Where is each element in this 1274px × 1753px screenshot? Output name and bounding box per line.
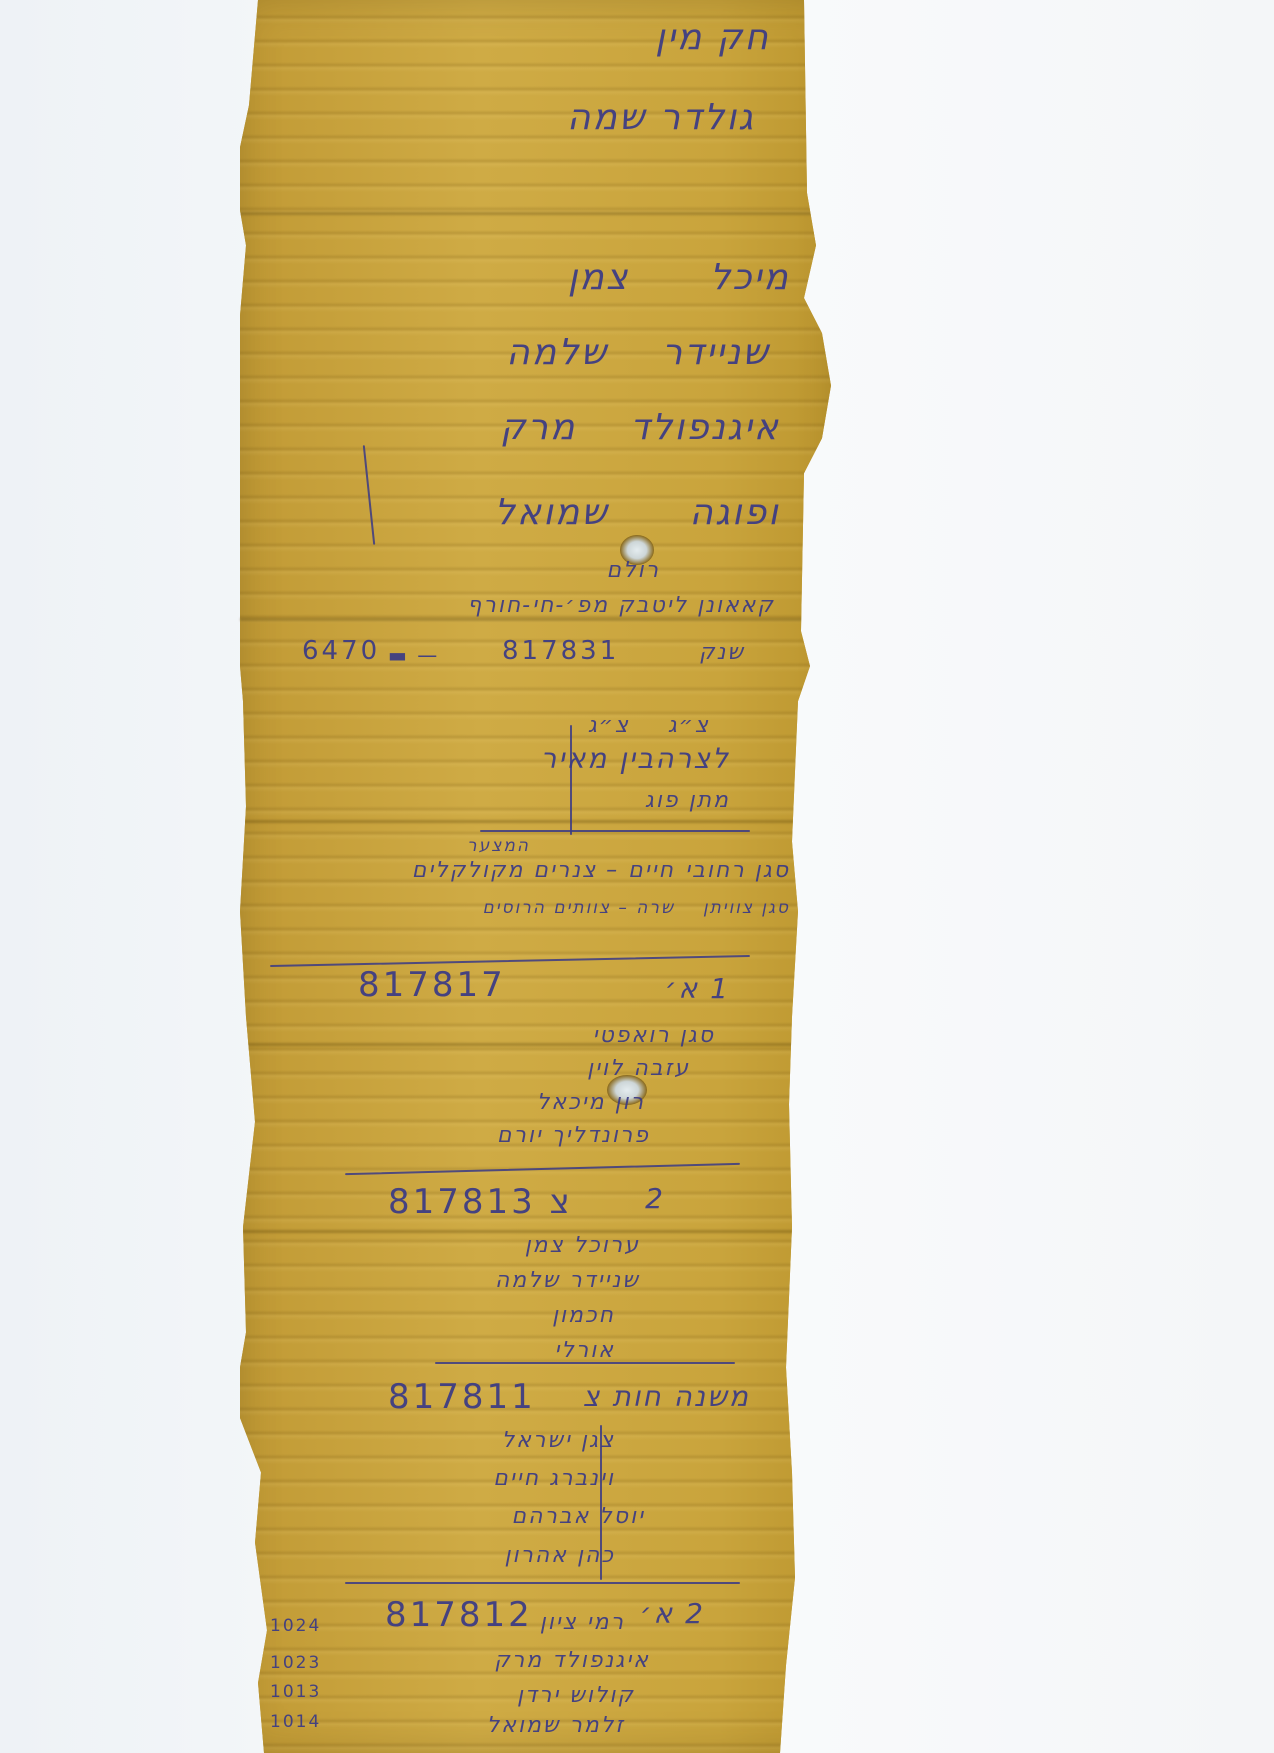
group-a-surname: מיכל bbox=[710, 257, 790, 298]
section-4-name: זלמר שמואל bbox=[487, 1715, 625, 1737]
side-number: 1014 bbox=[270, 1714, 321, 1731]
bracket-stroke bbox=[363, 445, 375, 545]
section-2-name: אורלי bbox=[554, 1340, 615, 1362]
fold-line bbox=[240, 820, 840, 823]
note-line-3-label: שנק bbox=[699, 642, 745, 664]
section-1-code: 817817 bbox=[358, 968, 506, 1002]
section-1-name: עזבה לוין bbox=[587, 1058, 690, 1080]
note-line-2: קאאונן ליטבק מפ׳-חי-חורף bbox=[467, 595, 775, 617]
group-c-header: המצער bbox=[467, 838, 530, 855]
group-a-given: צמן bbox=[568, 257, 630, 298]
crossed-out-mark: ▬ — bbox=[388, 645, 439, 665]
section-3-name: וינברג חיים bbox=[493, 1468, 615, 1490]
side-number: 1024 bbox=[270, 1618, 321, 1635]
code-number: 817831 bbox=[502, 638, 619, 664]
header-line-1: חק מין bbox=[655, 20, 770, 56]
section-2-name: חכמון bbox=[552, 1305, 615, 1327]
divider-vertical bbox=[600, 1425, 602, 1580]
section-1-name: סגן רואפטי bbox=[593, 1025, 715, 1047]
section-divider bbox=[345, 1582, 740, 1584]
section-3-name: יוסל אברהם bbox=[511, 1506, 645, 1528]
group-a-surname: איגנפולד bbox=[630, 407, 780, 448]
group-a-given: מרק bbox=[500, 407, 576, 448]
section-2-code: 817813 צ bbox=[388, 1185, 573, 1219]
group-a-row-1: מיכל צמן bbox=[568, 260, 790, 296]
section-3-code: 817811 bbox=[388, 1380, 536, 1414]
group-a-surname: ופוגה bbox=[690, 492, 780, 533]
fold-line bbox=[240, 212, 840, 215]
cardboard-note: חק מין גולדר שמה מיכל צמן שניידר שלמה אי… bbox=[240, 0, 840, 1753]
section-4-name: קולוש ירדן bbox=[517, 1685, 635, 1707]
section-1-label: 1 א׳ bbox=[665, 975, 730, 1003]
group-a-row-3: איגנפולד מרק bbox=[500, 410, 780, 446]
section-2-name: שניידר שלמה bbox=[495, 1270, 640, 1292]
side-number: 1013 bbox=[270, 1684, 321, 1701]
group-b-mark-1: צ״ג bbox=[588, 715, 630, 737]
section-4-label: 2 א׳ bbox=[640, 1600, 705, 1628]
underline-rule bbox=[480, 830, 750, 832]
fold-line bbox=[240, 618, 840, 621]
group-a-given: שמואל bbox=[495, 492, 609, 533]
group-a-given: שלמה bbox=[506, 332, 608, 373]
section-2-name: ערוכל צמן bbox=[525, 1235, 640, 1257]
section-3-name: כהן אהרון bbox=[505, 1545, 615, 1567]
phone-number: 6470 bbox=[302, 638, 380, 664]
group-c-row-1-right: חיים – צנרים מקולקלים bbox=[412, 860, 675, 882]
group-c-row-2-right: שרה – צוותים הרוסים bbox=[482, 900, 675, 917]
group-a-surname: שניידר bbox=[662, 332, 770, 373]
section-3-label: משנה חות צ bbox=[583, 1383, 750, 1411]
section-4-code: 817812 bbox=[385, 1598, 533, 1632]
group-b-line-1: לצרהבין מאיר bbox=[541, 745, 730, 773]
group-b-line-2: מתן פוג bbox=[645, 790, 730, 812]
section-divider bbox=[345, 1163, 740, 1175]
section-2-label: 2 bbox=[645, 1185, 665, 1213]
section-1-name: פרונדליך יורם bbox=[497, 1125, 650, 1147]
note-line-1: רולם bbox=[606, 560, 660, 582]
section-4-name: איגנפולד מרק bbox=[494, 1650, 650, 1672]
group-b-mark-2: צ״ג bbox=[668, 715, 710, 737]
section-3-name: צגן ישראל bbox=[502, 1430, 615, 1452]
side-number: 1023 bbox=[270, 1655, 321, 1672]
section-1-name: רון מיכאל bbox=[537, 1092, 645, 1114]
section-4-name: רמי ציון bbox=[540, 1612, 625, 1634]
group-a-row-2: שניידר שלמה bbox=[506, 335, 770, 371]
group-c-row-2-left: סגן צוויתן bbox=[703, 900, 790, 917]
fold-line bbox=[240, 1043, 840, 1046]
divider-vertical bbox=[570, 725, 572, 835]
section-divider bbox=[435, 1362, 735, 1364]
header-line-2: גולדר שמה bbox=[567, 100, 755, 136]
group-a-row-4: ופוגה שמואל bbox=[495, 495, 780, 531]
section-divider bbox=[270, 955, 750, 967]
group-c-row-1-left: סגן רחובי bbox=[685, 860, 790, 882]
